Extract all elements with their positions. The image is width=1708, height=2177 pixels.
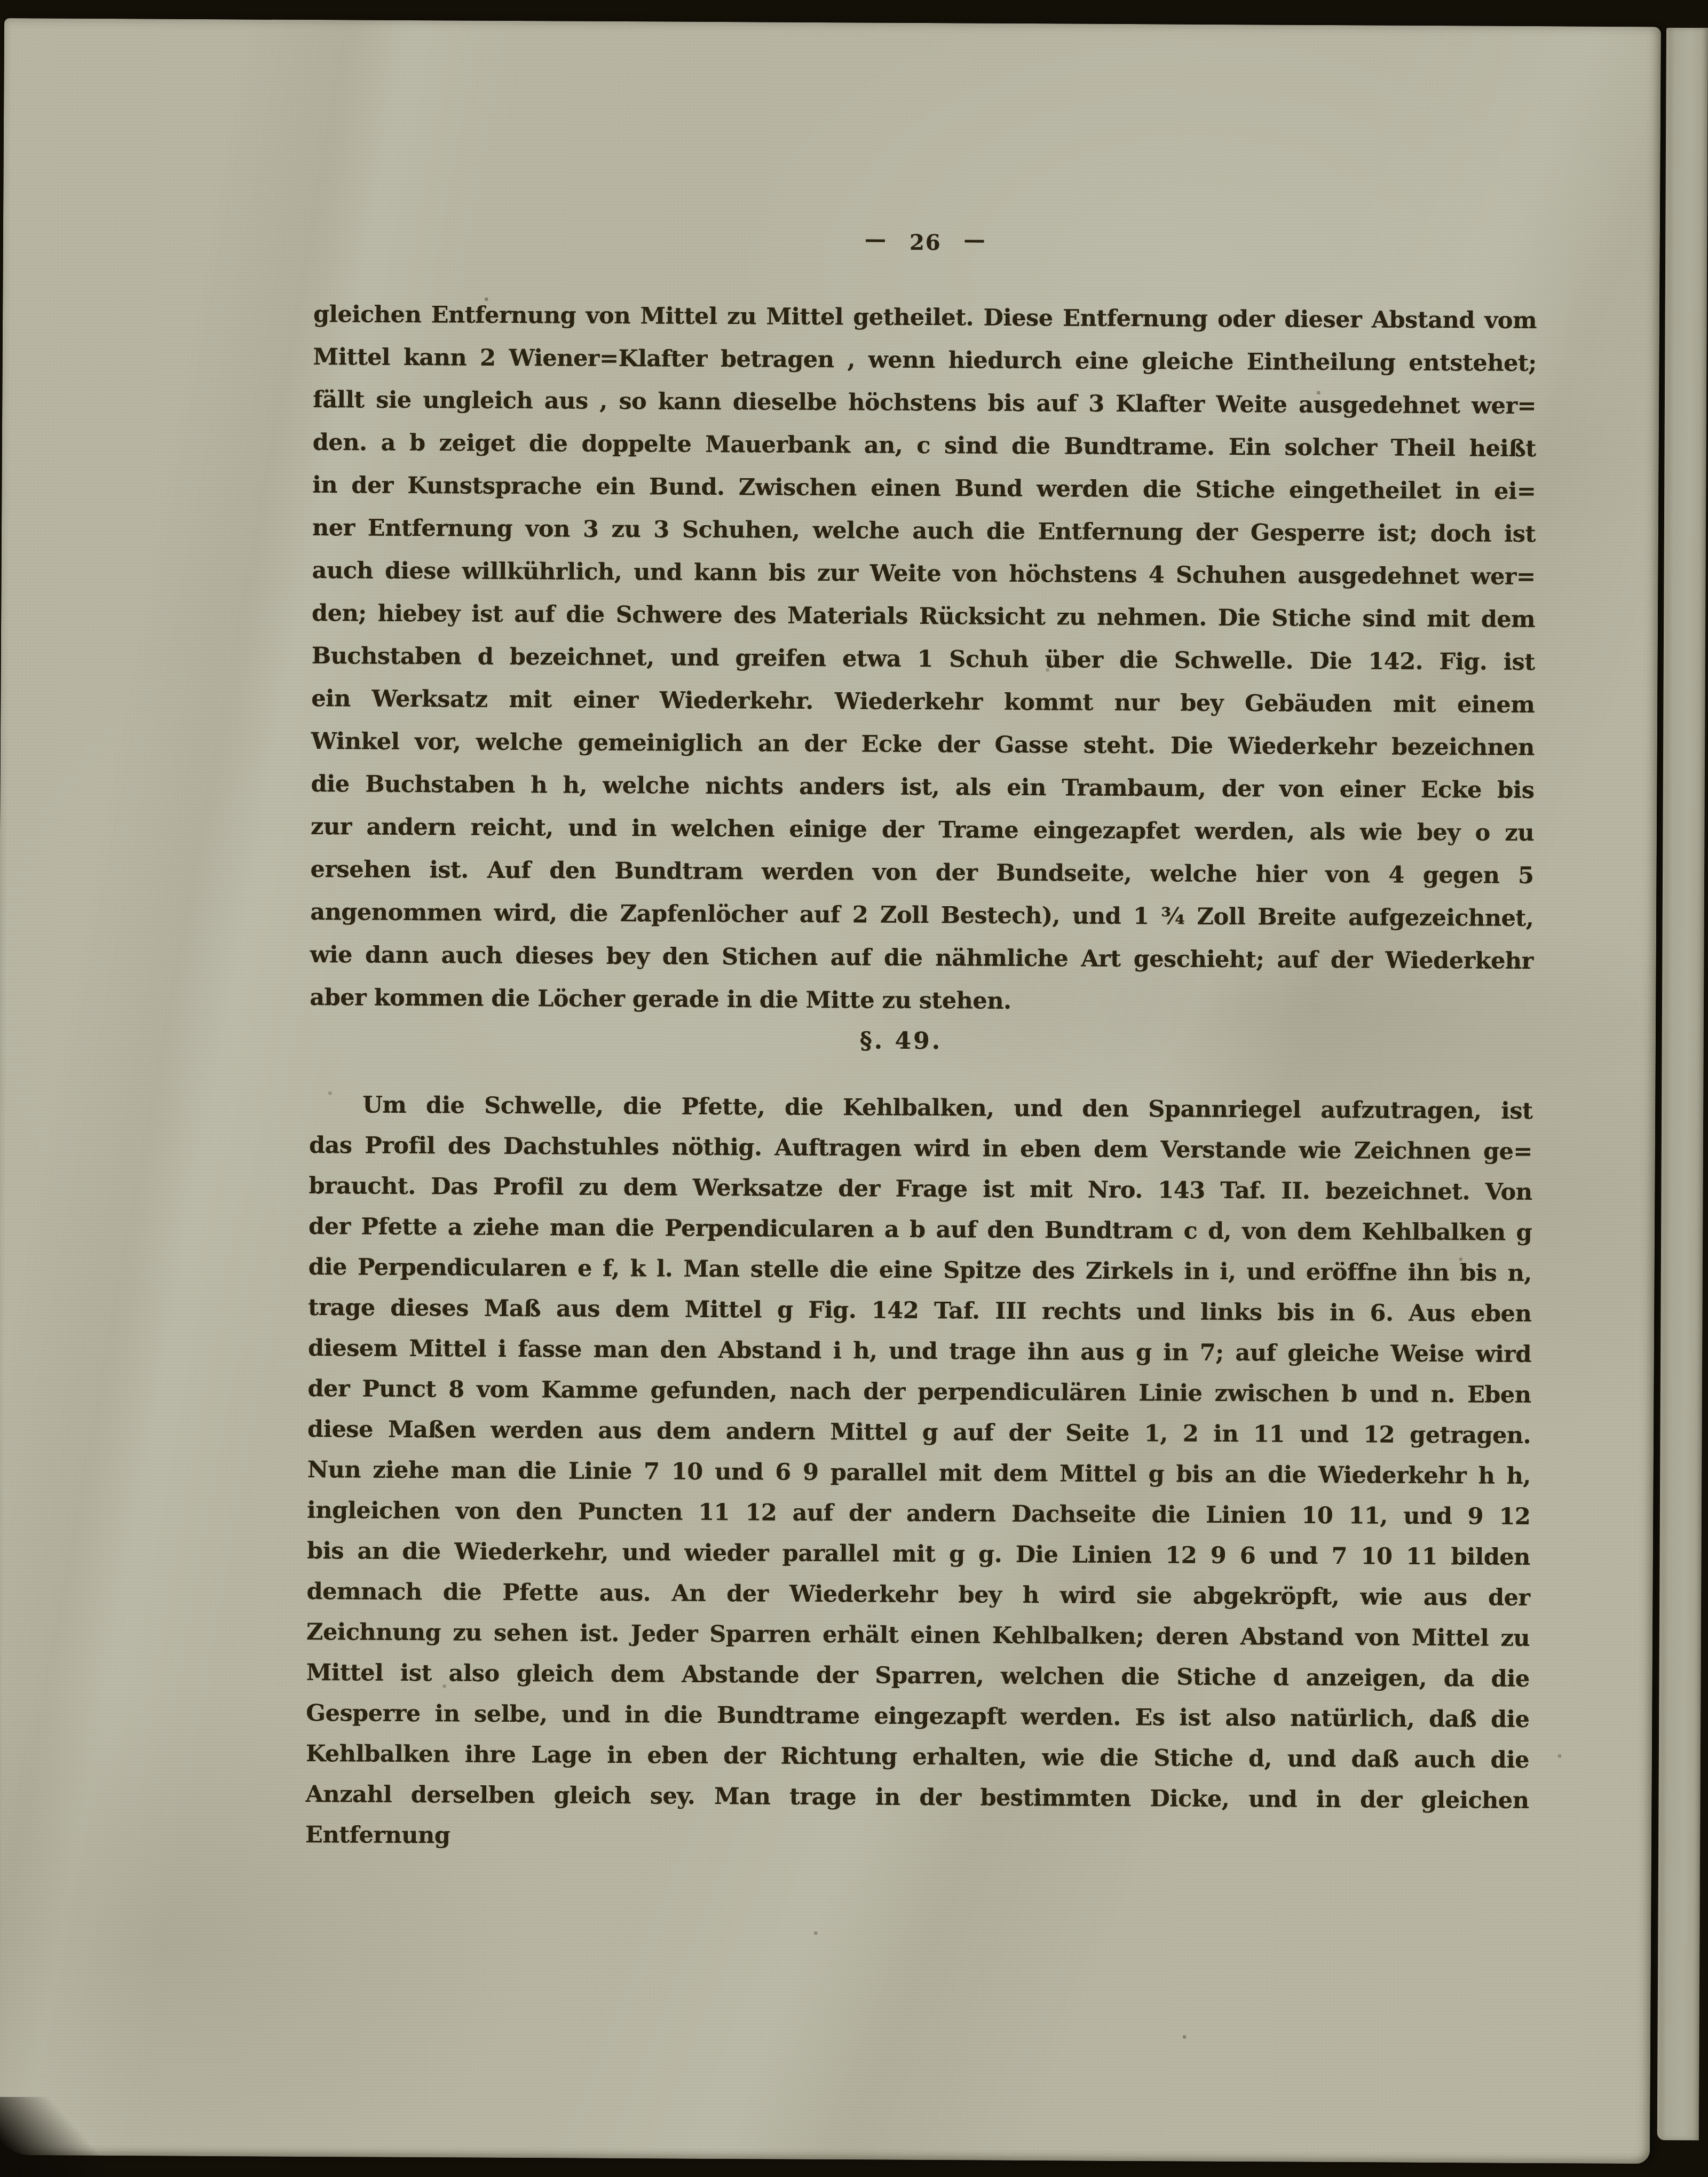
text-line: Kehlbalken ihre Lage in eben der Richtun… [306,1733,1529,1780]
text-line: bis an die Wiederkehr, und wieder parall… [307,1531,1530,1578]
text-line: zur andern reicht, und in welchen einige… [311,805,1534,854]
text-line: Mittel ist also gleich dem Abstande der … [306,1652,1530,1699]
text-line: auch diese willkührlich, und kann bis zu… [312,549,1535,598]
text-line: Zeichnung zu sehen ist. Jeder Sparren er… [306,1612,1530,1659]
text-line: aber kommen die Löcher gerade in die Mit… [310,976,1533,1025]
text-line: fällt sie ungleich aus , so kann dieselb… [313,378,1536,428]
page-number: 26 [910,230,942,255]
text-line: der Punct 8 vom Kamme gefunden, nach der… [307,1368,1531,1415]
text-line: trage dieses Maß aus dem Mittel g Fig. 1… [308,1287,1531,1334]
book-page-scan: —26— gleichen Entfernung von Mittel zu M… [0,18,1661,2164]
text-line: gleichen Entfernung von Mittel zu Mittel… [313,293,1537,342]
text-line: ein Werksatz mit einer Wiederkehr. Wiede… [311,677,1535,726]
adjacent-page-edge [1657,28,1708,2140]
text-line: ner Entfernung von 3 zu 3 Schuhen, welch… [312,506,1536,556]
text-line: ersehen ist. Auf den Bundtram werden von… [310,848,1533,897]
text-line: ingleichen von den Puncten 11 12 auf der… [307,1490,1530,1537]
page-number-left-dash: — [865,226,887,251]
bottom-left-shadow [0,2097,123,2177]
text-line: die Perpendicularen e f, k l. Man stelle… [309,1247,1532,1294]
page-header: —26— [314,227,1537,258]
text-line: die Buchstaben h h, welche nichts anders… [311,763,1534,812]
paragraph-1: gleichen Entfernung von Mittel zu Mittel… [310,293,1537,1025]
text-line: wie dann auch dieses bey den Stichen auf… [310,933,1533,983]
text-line: angenommen wird, die Zapfenlöcher auf 2 … [310,891,1533,940]
paper-dust-specks [4,18,5,19]
text-line: diese Maßen werden aus dem andern Mittel… [307,1409,1531,1456]
text-line: das Profil des Dachstuhles nöthig. Auftr… [309,1125,1532,1172]
text-line: in der Kunstsprache ein Bund. Zwischen e… [312,464,1536,513]
paragraph-2: Um die Schwelle, die Pfette, die Kehlbal… [305,1084,1532,1821]
text-line: der Pfette a ziehe man die Perpendicular… [309,1206,1532,1253]
text-line: Nun ziehe man die Linie 7 10 und 6 9 par… [307,1450,1531,1497]
section-heading: §. 49. [289,1024,1513,1058]
text-line: Mittel kann 2 Wiener=Klafter betragen , … [313,336,1536,385]
text-line: Winkel vor, welche gemeiniglich an der E… [311,720,1535,769]
text-line: braucht. Das Profil zu dem Werksatze der… [309,1166,1532,1213]
text-line: den. a b zeiget die doppelte Mauerbank a… [313,421,1536,470]
text-line: Buchstaben d bezeichnet, und greifen etw… [312,635,1535,684]
text-column: —26— gleichen Entfernung von Mittel zu M… [315,20,1538,26]
text-line: Gesperre in selbe, und in die Bundtrame … [306,1693,1529,1740]
text-line: Anzahl derselben gleich sey. Man trage i… [305,1774,1529,1821]
text-line: den; hiebey ist auf die Schwere des Mate… [312,592,1535,641]
text-line: diesem Mittel i fasse man den Abstand i … [308,1328,1531,1375]
page-number-right-dash: — [964,227,986,252]
text-line: demnach die Pfette aus. An der Wiederkeh… [306,1571,1530,1618]
text-line: Um die Schwelle, die Pfette, die Kehlbal… [309,1084,1532,1131]
